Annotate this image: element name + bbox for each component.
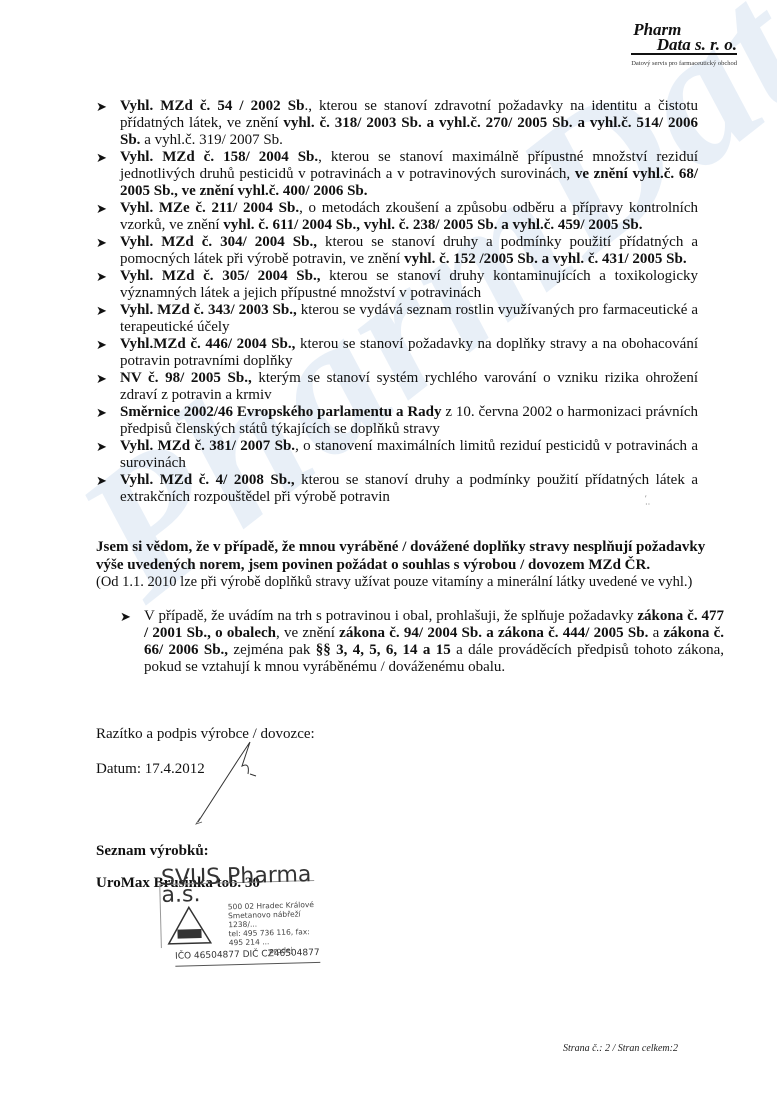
text-segment: a [648, 625, 663, 641]
text-segment: Vyhl. MZd č. 4/ 2008 Sb., [120, 472, 295, 488]
text-segment: Vyhl. MZe č. 211/ 2004 Sb. [120, 200, 299, 216]
logo-tagline: Datový servis pro farmaceutický obchod [631, 60, 737, 67]
bullet-arrow-icon: ➤ [120, 608, 131, 625]
page-footer: Strana č.: 2 / Stran celkem:2 [563, 1043, 678, 1054]
regulation-item: ➤Vyhl. MZd č. 381/ 2007 Sb., o stanovení… [96, 438, 698, 472]
scan-specks: ′·· [645, 496, 650, 508]
text-segment: §§ 3, 4, 5, 6, 14 a 15 [316, 642, 451, 658]
regulation-item: ➤Směrnice 2002/46 Evropského parlamentu … [96, 404, 698, 438]
logo-line-2: Data s. r. o. [631, 37, 737, 55]
text-segment: V případě, že uvádím na trh s potravinou… [144, 608, 637, 624]
bullet-arrow-icon: ➤ [96, 370, 107, 387]
text-segment: Vyhl. MZd č. 54 / 2002 Sb [120, 98, 304, 114]
declaration-notice: Jsem si vědom, že v případě, že mnou vyr… [96, 538, 716, 574]
date-line: Datum: 17.4.2012 [96, 761, 205, 778]
regulation-item: ➤Vyhl. MZd č. 158/ 2004 Sb., kterou se s… [96, 149, 698, 200]
regulation-item: ➤Vyhl.MZd č. 446/ 2004 Sb., kterou se st… [96, 336, 698, 370]
regulation-item: ➤Vyhl. MZe č. 211/ 2004 Sb., o metodách … [96, 200, 698, 234]
bullet-arrow-icon: ➤ [96, 149, 107, 166]
text-segment: , ve znění [276, 625, 339, 641]
text-segment: Vyhl.MZd č. 446/ 2004 Sb., [120, 336, 295, 352]
regulation-item: ➤NV č. 98/ 2005 Sb., kterým se stanoví s… [96, 370, 698, 404]
text-segment: a vyhl.č. 319/ 2007 Sb. [140, 132, 283, 148]
regulation-item: ➤Vyhl. MZd č. 304/ 2004 Sb., kterou se s… [96, 234, 698, 268]
bullet-arrow-icon: ➤ [96, 336, 107, 353]
date-label: Datum: [96, 761, 141, 777]
bullet-arrow-icon: ➤ [96, 404, 107, 421]
bullet-arrow-icon: ➤ [96, 234, 107, 251]
text-segment: NV č. 98/ 2005 Sb., [120, 370, 252, 386]
stamp-address-line: Smetanovo nábřeží 1238/... [228, 909, 320, 929]
products-title: Seznam výrobků: [96, 843, 209, 860]
regulation-item: ➤Vyhl. MZd č. 54 / 2002 Sb., kterou se s… [96, 98, 698, 149]
text-segment: zejména pak [228, 642, 316, 658]
text-segment: Vyhl. MZd č. 158/ 2004 Sb. [120, 149, 318, 165]
stamp-triangle-logo-icon [166, 905, 213, 946]
bullet-arrow-icon: ➤ [96, 98, 107, 115]
text-segment: Vyhl. MZd č. 305/ 2004 Sb., [120, 268, 320, 284]
bullet-arrow-icon: ➤ [96, 302, 107, 319]
text-segment: zákona č. 94/ 2004 Sb. a zákona č. 444/ … [339, 625, 648, 641]
bullet-arrow-icon: ➤ [96, 200, 107, 217]
text-segment: Vyhl. MZd č. 304/ 2004 Sb., [120, 234, 317, 250]
text-segment: vyhl. č. 611/ 2004 Sb., vyhl. č. 238/ 20… [223, 217, 642, 233]
regulation-item: ➤Vyhl. MZd č. 343/ 2003 Sb., kterou se v… [96, 302, 698, 336]
packaging-text: V případě, že uvádím na trh s potravinou… [144, 608, 724, 675]
bullet-arrow-icon: ➤ [96, 268, 107, 285]
regulations-list: ➤Vyhl. MZd č. 54 / 2002 Sb., kterou se s… [96, 98, 698, 506]
stamp-firm-name: SVUS Pharma a.s. [161, 866, 320, 904]
bullet-arrow-icon: ➤ [96, 472, 107, 489]
stamp-ids: IČO 46504877 DIČ CZ46504877 [175, 945, 320, 967]
text-segment: Vyhl. MZd č. 381/ 2007 Sb. [120, 438, 295, 454]
regulation-item: ➤Vyhl. MZd č. 4/ 2008 Sb., kterou se sta… [96, 472, 698, 506]
vitamin-note: (Od 1.1. 2010 lze při výrobě doplňků str… [96, 574, 736, 591]
company-logo: Pharm Data s. r. o. Datový servis pro fa… [631, 22, 737, 67]
text-segment: Směrnice 2002/46 Evropského parlamentu a… [120, 404, 442, 420]
packaging-declaration: ➤ V případě, že uvádím na trh s potravin… [120, 608, 724, 676]
company-stamp: SVUS Pharma a.s. 500 02 Hradec Králové S… [159, 866, 321, 960]
logo-wordmark: Pharm Data s. r. o. [631, 22, 737, 55]
text-segment: vyhl. č. 152 /2005 Sb. a vyhl. č. 431/ 2… [404, 251, 687, 267]
bullet-arrow-icon: ➤ [96, 438, 107, 455]
handwritten-signature [190, 740, 280, 830]
regulation-item: ➤Vyhl. MZd č. 305/ 2004 Sb., kterou se s… [96, 268, 698, 302]
text-segment: Vyhl. MZd č. 343/ 2003 Sb., [120, 302, 297, 318]
